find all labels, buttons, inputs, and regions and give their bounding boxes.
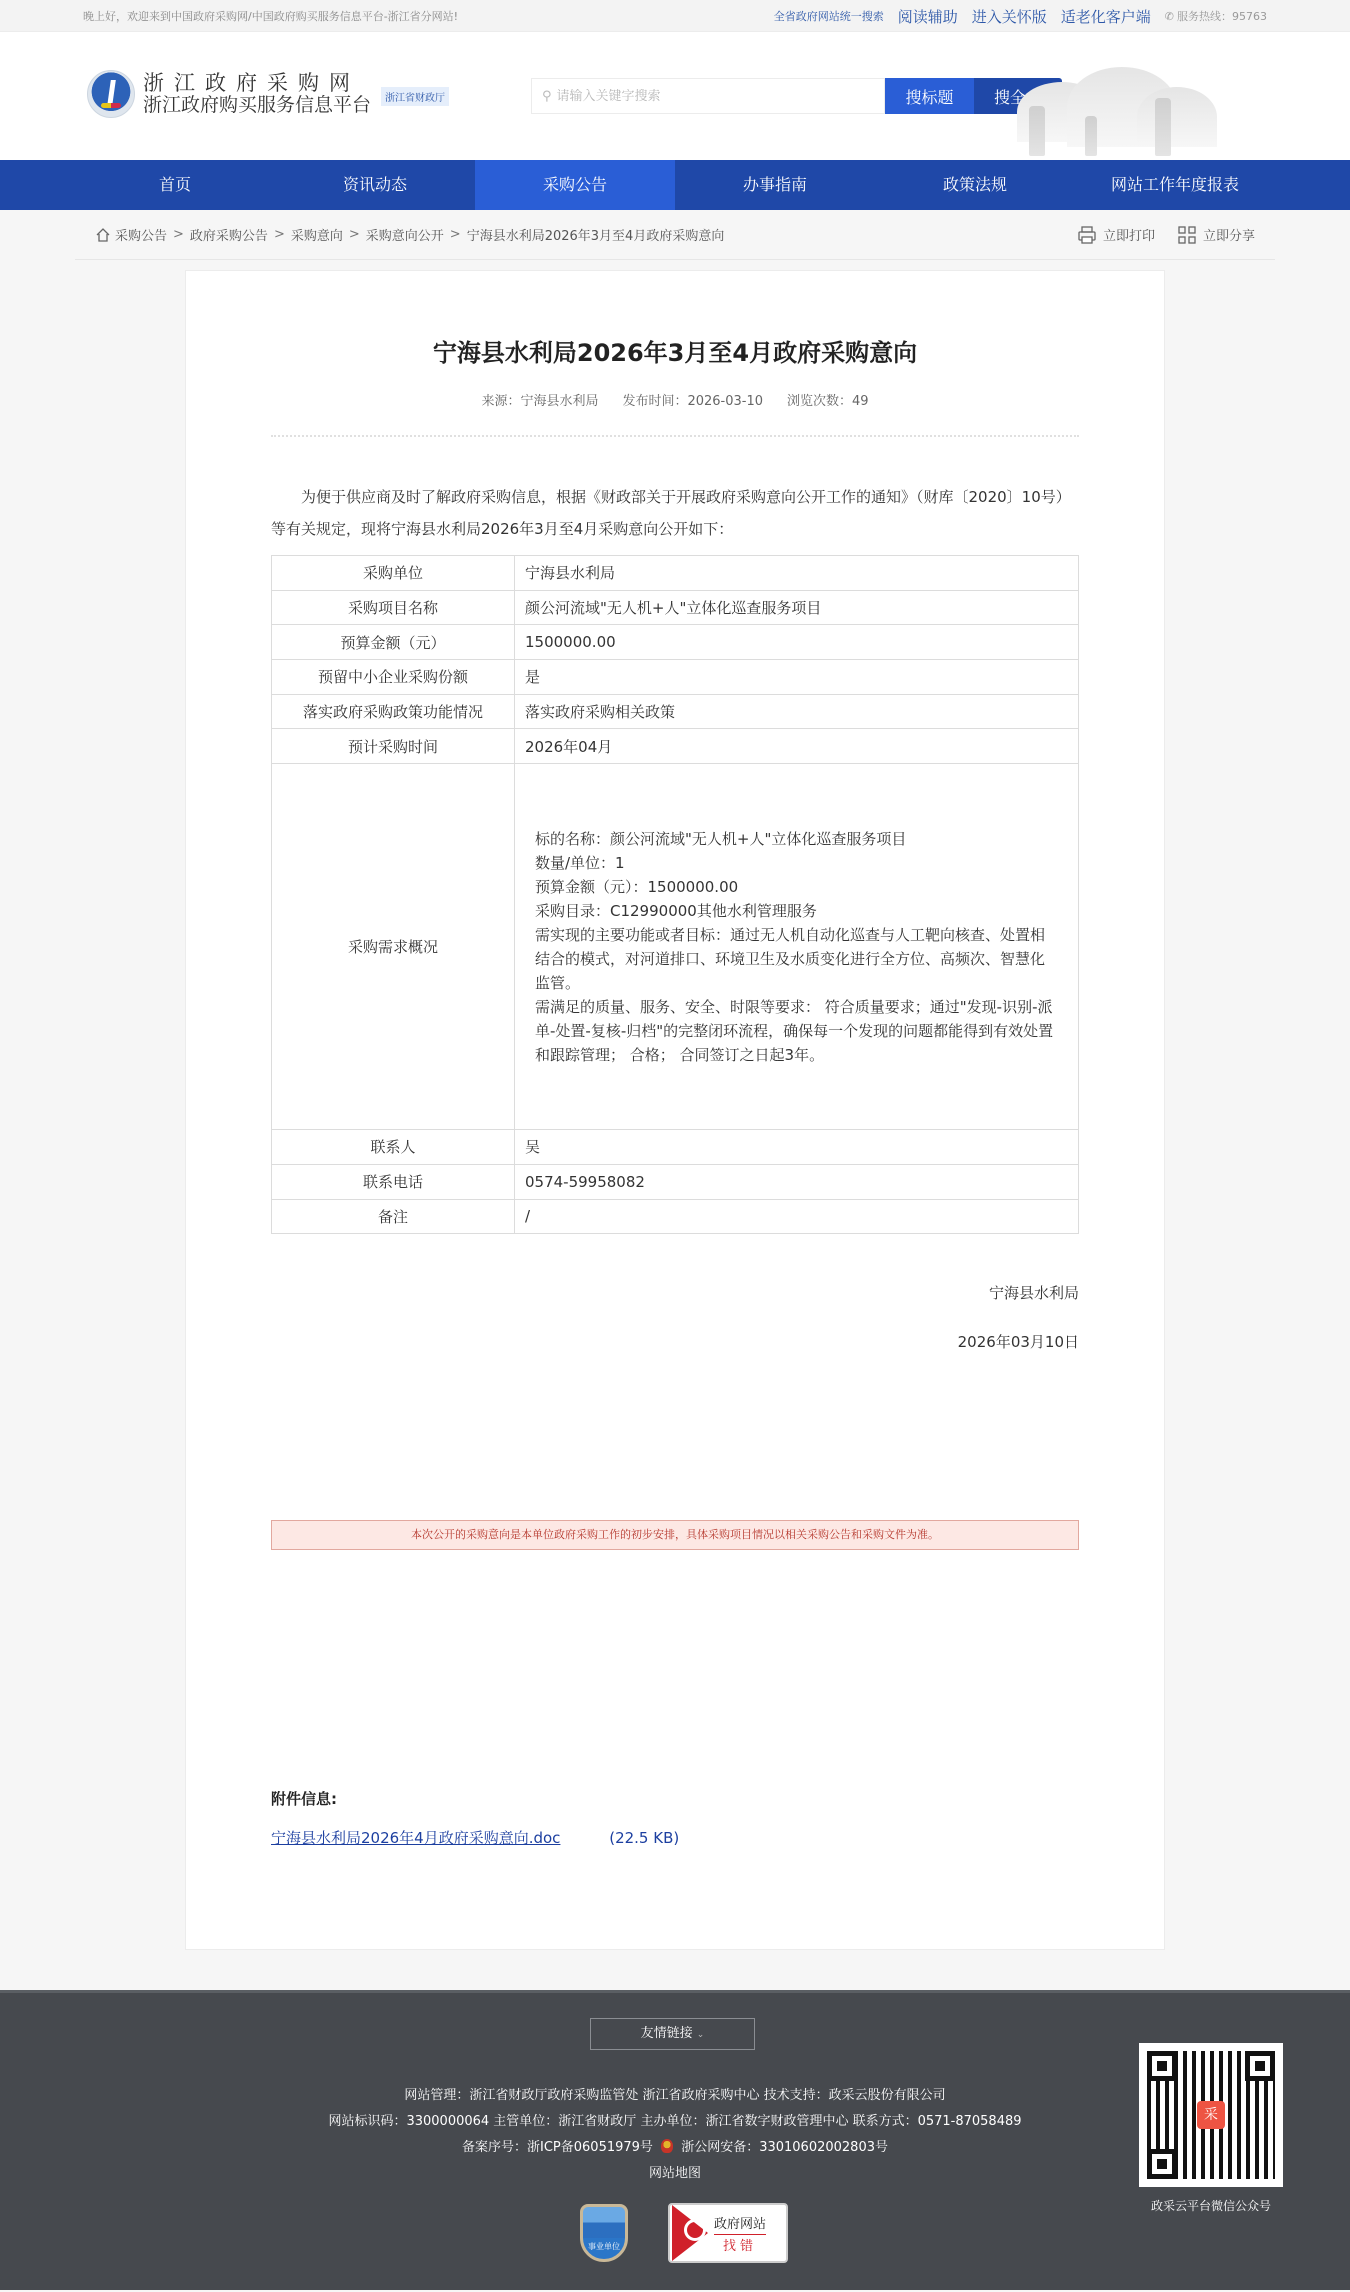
nav-procurement-notices[interactable]: 采购公告 [475, 160, 675, 210]
emblem-icon [87, 70, 135, 118]
table-row: 采购单位宁海县水利局 [272, 556, 1079, 591]
search-title-button[interactable]: 搜标题 [885, 78, 974, 114]
hotline: ✆ 服务热线：95763 [1165, 8, 1267, 24]
table-row: 预留中小企业采购份额是 [272, 660, 1079, 695]
phone-icon: ✆ [1165, 10, 1174, 23]
table-row: 预算金额（元）1500000.00 [272, 625, 1079, 660]
finance-dept-badge: 浙江省财政厅 [381, 87, 449, 106]
breadcrumb-item[interactable]: 采购公告 [115, 225, 167, 244]
report-error-badge[interactable]: 政府网站 找错 [668, 2203, 788, 2263]
qrcode-icon: 采 [1147, 2051, 1275, 2179]
attachments-label: 附件信息: [271, 1788, 1079, 1809]
zcy-logo-icon: 采 [1197, 2101, 1225, 2129]
main-nav: 首页 资讯动态 采购公告 办事指南 政策法规 网站工作年度报表 [0, 160, 1350, 210]
article-title: 宁海县水利局2026年3月至4月政府采购意向 [271, 333, 1079, 368]
icp-link[interactable]: 备案序号：浙ICP备06051979号 [462, 2140, 653, 2155]
print-button[interactable]: 立即打印 [1077, 225, 1155, 245]
table-row: 预计采购时间2026年04月 [272, 729, 1079, 764]
breadcrumb-item[interactable]: 采购意向 [291, 225, 343, 244]
search-input[interactable] [557, 89, 857, 104]
disclaimer-notice: 本次公开的采购意向是本单位政府采购工作的初步安排，具体采购项目情况以相关采购公告… [271, 1520, 1079, 1550]
home-icon[interactable] [95, 227, 111, 243]
institution-badge[interactable]: 事业单位 [580, 2204, 628, 2262]
province-search-link[interactable]: 全省政府网站统一搜索 [774, 8, 884, 24]
table-row: 采购需求概况 标的名称：颜公河流域"无人机+人"立体化巡查服务项目 数量/单位：… [272, 764, 1079, 1130]
article-date: 发布时间：2026-03-10 [622, 390, 763, 409]
magnifier-icon [684, 2219, 706, 2241]
breadcrumb-item[interactable]: 政府采购公告 [190, 225, 268, 244]
breadcrumb: 采购公告 > 政府采购公告 > 采购意向 > 采购意向公开 > 宁海县水利局20… [95, 225, 724, 244]
chevron-down-icon: ⌄ [697, 2030, 705, 2040]
divider [271, 435, 1079, 437]
friend-links-dropdown[interactable]: 友情链接 ⌄ [590, 2018, 755, 2050]
site-logo[interactable]: 浙江政府采购网 浙江政府购买服务信息平台 浙江省财政厅 [87, 70, 449, 118]
scenery-decoration [1007, 62, 1207, 160]
sitemap-link[interactable]: 网站地图 [649, 2166, 701, 2181]
requirements-summary: 标的名称：颜公河流域"无人机+人"立体化巡查服务项目 数量/单位：1 预算金额（… [525, 827, 1068, 1067]
breadcrumb-item[interactable]: 采购意向公开 [366, 225, 444, 244]
qrcode-icon [1177, 225, 1197, 245]
site-header: 浙江政府采购网 浙江政府购买服务信息平台 浙江省财政厅 ⚲ 搜标题 搜全文 [0, 32, 1350, 160]
logo-subtitle: 浙江政府购买服务信息平台 [143, 94, 371, 116]
nav-guide[interactable]: 办事指南 [675, 160, 875, 210]
nav-annual-report[interactable]: 网站工作年度报表 [1075, 160, 1275, 210]
logo-title: 浙江政府采购网 [143, 72, 371, 94]
police-record-link[interactable]: 浙公网安备：33010602002803号 [681, 2140, 888, 2155]
article-intro: 为便于供应商及时了解政府采购信息，根据《财政部关于开展政府采购意向公开工作的通知… [271, 481, 1079, 545]
signoff: 宁海县水利局 2026年03月10日 [271, 1282, 1079, 1352]
breadcrumb-current: 宁海县水利局2026年3月至4月政府采购意向 [467, 225, 725, 244]
nav-policy[interactable]: 政策法规 [875, 160, 1075, 210]
reading-assist-link[interactable]: 阅读辅助 [898, 6, 958, 27]
search-bar: ⚲ 搜标题 搜全文 [531, 78, 1062, 114]
welcome-text: 晚上好，欢迎来到中国政府采购网/中国政府购买服务信息平台-浙江省分网站! [83, 8, 458, 24]
printer-icon [1077, 225, 1097, 245]
police-badge-icon [661, 2139, 673, 2153]
table-row: 联系电话0574-59958082 [272, 1164, 1079, 1199]
wechat-qrcode: 采 政采云平台微信公众号 [1139, 2043, 1283, 2214]
table-row: 联系人吴 [272, 1130, 1079, 1165]
table-row: 落实政府采购政策功能情况落实政府采购相关政策 [272, 694, 1079, 729]
table-row: 采购项目名称颜公河流域"无人机+人"立体化巡查服务项目 [272, 590, 1079, 625]
nav-home[interactable]: 首页 [75, 160, 275, 210]
top-bar: 晚上好，欢迎来到中国政府采购网/中国政府购买服务信息平台-浙江省分网站! 全省政… [0, 0, 1350, 32]
share-button[interactable]: 立即分享 [1177, 225, 1255, 245]
attachment-size: (22.5 KB) [609, 1829, 679, 1847]
attachments: 附件信息: 宁海县水利局2026年4月政府采购意向.doc (22.5 KB) [271, 1788, 1079, 1848]
article-meta: 来源：宁海县水利局 发布时间：2026-03-10 浏览次数：49 [271, 390, 1079, 409]
site-footer: 友情链接 ⌄ 网站管理：浙江省财政厅政府采购监管处 浙江省政府采购中心 技术支持… [0, 1990, 1350, 2290]
procurement-table: 采购单位宁海县水利局 采购项目名称颜公河流域"无人机+人"立体化巡查服务项目 预… [271, 555, 1079, 1234]
elderly-client-link[interactable]: 适老化客户端 [1061, 6, 1151, 27]
search-icon: ⚲ [542, 89, 552, 104]
care-version-link[interactable]: 进入关怀版 [972, 6, 1047, 27]
qrcode-caption: 政采云平台微信公众号 [1139, 2197, 1283, 2214]
attachment-link[interactable]: 宁海县水利局2026年4月政府采购意向.doc [271, 1829, 560, 1847]
article-card: 宁海县水利局2026年3月至4月政府采购意向 来源：宁海县水利局 发布时间：20… [185, 270, 1165, 1950]
breadcrumb-bar: 采购公告 > 政府采购公告 > 采购意向 > 采购意向公开 > 宁海县水利局20… [75, 210, 1275, 260]
nav-news[interactable]: 资讯动态 [275, 160, 475, 210]
table-row: 备注/ [272, 1199, 1079, 1234]
article-views: 浏览次数：49 [787, 390, 869, 409]
signoff-date: 2026年03月10日 [271, 1331, 1079, 1352]
article-source: 来源：宁海县水利局 [481, 390, 598, 409]
signoff-org: 宁海县水利局 [271, 1282, 1079, 1303]
